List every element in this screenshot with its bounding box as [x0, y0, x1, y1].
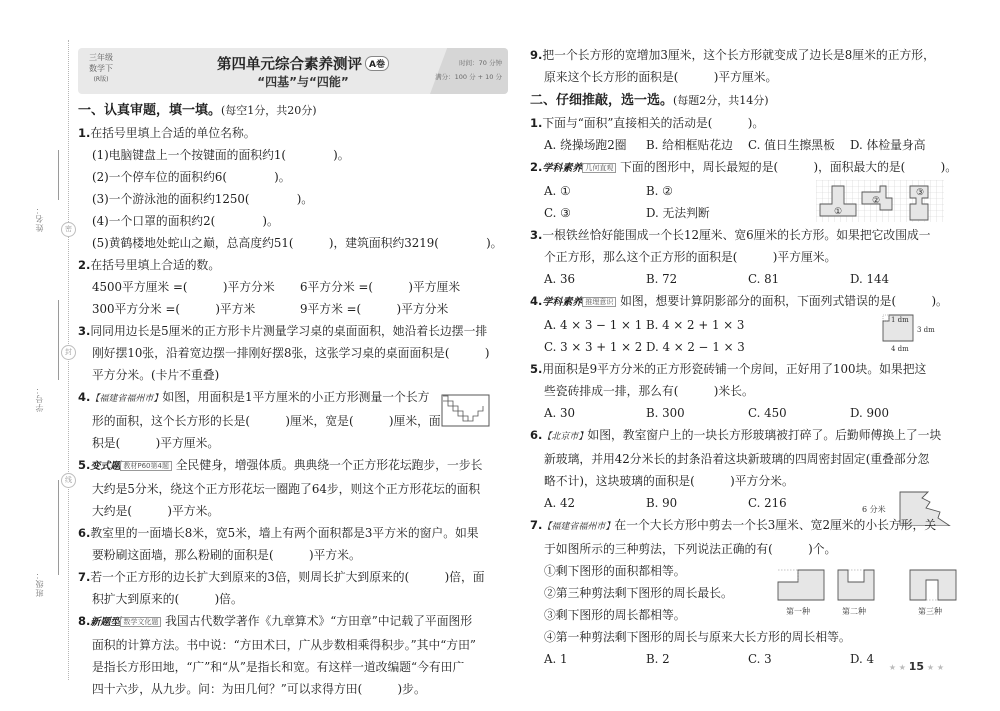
- grid-shapes-figure: ① ② ③: [816, 180, 944, 222]
- test-subtitle: “四基”与“四能”: [188, 73, 418, 90]
- grade-info: 三年级 数学下 (R版): [84, 52, 118, 85]
- test-meta: 时间：70 分钟 满分：100 分 + 10 分: [435, 56, 502, 84]
- version-badge: A卷: [365, 56, 389, 71]
- class-line: [58, 480, 59, 575]
- option-d: D. 900: [850, 402, 952, 424]
- side-length-label: 6 分米: [862, 504, 886, 514]
- sub-item: (3)一个游泳池的面积约1250( )。: [78, 188, 508, 210]
- time-limit: 时间：70 分钟: [435, 56, 502, 70]
- shaded-area-figure: 1 dm 3 dm 4 dm: [875, 312, 955, 356]
- tag-label: 变式题: [90, 461, 120, 472]
- question-1-5: 5.变式题教材P60第4题 全民健身，增强体质。典典绕一个正方形花坛跑步，一步长…: [78, 454, 508, 522]
- tag-label: 学科素养: [542, 163, 582, 174]
- seal-circle: 密: [61, 222, 76, 237]
- question-stem: 在括号里填上合适的单位名称。: [90, 126, 255, 140]
- region-tag: 【福建省福州市】: [90, 394, 162, 404]
- question-1-3: 3.同同用边长是5厘米的正方形卡片测量学习桌的桌面面积，她沿着长边摆一排 刚好摆…: [78, 320, 508, 386]
- options-row: A. 绕操场跑2圈 B. 给相框贴花边 C. 值日生擦黑板 D. 体检量身高: [530, 134, 965, 156]
- question-1-7: 7.若一个正方形的边长扩大到原来的3倍，则周长扩大到原来的( )倍，面 积扩大到…: [78, 566, 508, 610]
- left-column: 一、认真审题，填一填。(每空1分，共20分) 1.在括号里填上合适的单位名称。 …: [78, 98, 508, 700]
- option-d: D. 4 × 2 − 1 × 3: [646, 336, 748, 358]
- question-1-1: 1.在括号里填上合适的单位名称。 (1)电脑键盘上一个按键面的面积约1( )。 …: [78, 122, 508, 254]
- section-2-title: 二、仔细推敲，选一选。(每题2分，共14分): [530, 90, 965, 112]
- method-3-label: 第三种: [918, 606, 942, 616]
- tag-source: 几何直观: [582, 163, 616, 173]
- question-stem: 在括号里填上合适的数。: [90, 258, 220, 272]
- option-c: C. 81: [748, 268, 850, 290]
- sub-item: (4)一个口罩的面积约2( )。: [78, 210, 508, 232]
- conversion-item: 6平方分米 =( )平方厘米: [300, 276, 508, 298]
- height-label: 3 dm: [917, 326, 935, 334]
- question-2-5: 5.用面积是9平方分米的正方形瓷砖铺一个房间，正好用了100块。如果把这 些瓷砖…: [530, 358, 965, 424]
- staircase-grid-figure: [441, 394, 491, 428]
- option-c: C. 3 × 3 + 1 × 2: [544, 336, 646, 358]
- star-icon: ★ ★: [889, 663, 909, 672]
- option-a: A. 36: [544, 268, 646, 290]
- sub-item: (1)电脑键盘上一个按键面的面积约1( )。: [78, 144, 508, 166]
- question-1-2: 2.在括号里填上合适的数。 4500平方厘米 =( )平方分米6平方分米 =( …: [78, 254, 508, 320]
- inner-label: 1 dm: [891, 316, 909, 324]
- tag-label: 学科素养: [542, 297, 582, 308]
- shape-label-3: ③: [916, 188, 924, 198]
- page-number-value: 15: [909, 660, 924, 673]
- edition-label: (R版): [84, 74, 118, 85]
- option-b: B. 4 × 2 + 1 × 3: [646, 314, 748, 336]
- option-a: A. 42: [544, 492, 646, 514]
- question-2-4: 4.学科素养推理意识 如图，想要计算阴影部分的面积，下面列式错误的是( )。 A…: [530, 290, 965, 358]
- option-a: A. 4 × 3 − 1 × 1: [544, 314, 646, 336]
- tag-source: 推理意识: [582, 297, 616, 307]
- grade-label: 三年级: [84, 52, 118, 63]
- class-label: 班级：: [34, 570, 50, 597]
- sub-item: (2)一个停车位的面积约6( )。: [78, 166, 508, 188]
- tag-label: 新题型: [90, 617, 120, 628]
- option-b: B. 90: [646, 492, 748, 514]
- id-line: [58, 300, 59, 380]
- star-icon: ★ ★: [924, 663, 944, 672]
- option-c: C. 216: [748, 492, 850, 514]
- seal-circle: 封: [61, 345, 76, 360]
- option-c: C. 3: [748, 648, 850, 670]
- option-a: A. 30: [544, 402, 646, 424]
- option-a: A. 绕操场跑2圈: [544, 134, 646, 156]
- section-1-title: 一、认真审题，填一填。(每空1分，共20分): [78, 100, 508, 122]
- conversion-item: 300平方分米 =( )平方米: [92, 298, 300, 320]
- option-b: B. ②: [646, 180, 748, 202]
- question-1-4: 4.【福建省福州市】如图，用面积是1平方厘米的小正方形测量一个长方 形的面积，这…: [78, 386, 508, 454]
- option-b: B. 300: [646, 402, 748, 424]
- option-c: C. 450: [748, 402, 850, 424]
- subject-label: 数学下: [84, 63, 118, 74]
- name-label: 姓名：: [34, 205, 50, 232]
- title-text: 第四单元综合素养测评: [217, 57, 362, 73]
- option-c: C. 值日生擦黑板: [748, 134, 850, 156]
- test-title: 第四单元综合素养测评A卷: [188, 53, 418, 74]
- conversion-item: 4500平方厘米 =( )平方分米: [92, 276, 300, 298]
- id-label: 学号：: [34, 385, 50, 412]
- name-line: [58, 150, 59, 200]
- question-2-2: 2.学科素养几何直观 下面的图形中，周长最短的是( )，面积最大的是( )。 A…: [530, 156, 965, 224]
- method-2-label: 第二种: [842, 606, 866, 616]
- question-1-6: 6.教室里的一面墙长8米，宽5米，墙上有两个面积都是3平方米的窗户。如果 要粉刷…: [78, 522, 508, 566]
- tag-source: 教材P60第4题: [120, 461, 172, 471]
- three-cut-methods-figure: 第一种 第二种 第三种: [776, 568, 958, 618]
- conversion-item: 9平方米 =( )平方分米: [300, 298, 508, 320]
- question-1-8: 8.新题型数学文化题 我国古代数学著作《九章算术》“方田章”中记载了平面图形 面…: [78, 610, 508, 700]
- option-d: D. 体检量身高: [850, 134, 952, 156]
- binding-dotted-line: [68, 40, 69, 680]
- page-number: ★ ★ 15 ★ ★: [889, 660, 944, 673]
- seal-circle: 线: [61, 473, 76, 488]
- option-d: D. 144: [850, 268, 952, 290]
- question-2-7: 7.【福建省福州市】在一个大长方形中剪去一个长3厘米、宽2厘米的小长方形，关 于…: [530, 514, 965, 670]
- option-b: B. 2: [646, 648, 748, 670]
- section-note: (每题2分，共14分): [673, 94, 769, 107]
- question-2-3: 3.一根铁丝恰好能围成一个长12厘米、宽6厘米的长方形。如果把它改围成一 个正方…: [530, 224, 965, 290]
- tag-source: 数学文化题: [120, 617, 161, 627]
- statement: ④第一种剪法剩下图形的周长与原来大长方形的周长相等。: [530, 626, 965, 648]
- right-column: 9.把一个长方形的宽增加3厘米，这个长方形就变成了边长是8厘米的正方形， 原来这…: [530, 44, 965, 670]
- section-note: (每空1分，共20分): [221, 104, 317, 117]
- option-b: B. 给相框贴花边: [646, 134, 748, 156]
- option-c: C. ③: [544, 202, 646, 224]
- width-label: 4 dm: [891, 345, 909, 353]
- option-a: A. ①: [544, 180, 646, 202]
- full-score: 满分：100 分 + 10 分: [435, 70, 502, 84]
- test-header-banner: 三年级 数学下 (R版) 第四单元综合素养测评A卷 “四基”与“四能” 时间：7…: [78, 48, 508, 94]
- option-d: D. 无法判断: [646, 202, 748, 224]
- method-1-label: 第一种: [786, 606, 810, 616]
- shape-label-1: ①: [834, 207, 842, 217]
- shape-label-2: ②: [872, 196, 880, 206]
- region-tag: 【北京市】: [542, 432, 587, 442]
- question-1-9: 9.把一个长方形的宽增加3厘米，这个长方形就变成了边长是8厘米的正方形， 原来这…: [530, 44, 965, 88]
- question-2-6: 6.【北京市】如图，教室窗户上的一块长方形玻璃被打碎了。后勤师傅换上了一块 新玻…: [530, 424, 965, 514]
- option-b: B. 72: [646, 268, 748, 290]
- option-a: A. 1: [544, 648, 646, 670]
- question-2-1: 1.下面与“面积”直接相关的活动是( )。 A. 绕操场跑2圈 B. 给相框贴花…: [530, 112, 965, 156]
- region-tag: 【福建省福州市】: [542, 522, 614, 532]
- sub-item: (5)黄鹤楼地处蛇山之巅，总高度约51( )，建筑面积约3219( )。: [78, 232, 508, 254]
